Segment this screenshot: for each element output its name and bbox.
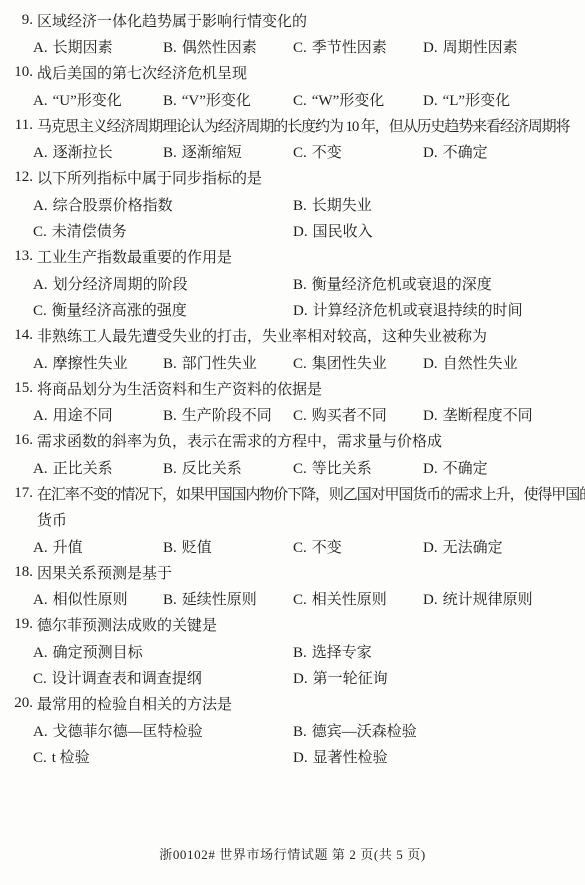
question-stem: 15.将商品划分为生活资料和生产资料的依据是 (8, 375, 579, 401)
question-text: 因果关系预测是基于 (37, 562, 172, 583)
options-row: C.衡量经济高涨的强度 D.计算经济危机或衰退持续的时间 (8, 296, 579, 322)
option-text: 不确定 (443, 145, 488, 161)
question-20: 20.最常用的检验自相关的方法是 A.戈德菲尔德—匡特检验 B.德宾—沃森检验 … (8, 691, 579, 770)
option-text: “V”形变化 (182, 93, 251, 109)
options-row: A.综合股票价格指数 B.长期失业 (8, 191, 579, 217)
option-text: 德宾—沃森检验 (312, 724, 417, 740)
question-number: 20. (8, 695, 33, 712)
option-label: B. (163, 40, 177, 56)
option-b: B.生产阶段不同 (163, 404, 293, 425)
question-stem: 16.需求函数的斜率为负，表示在需求的方程中，需求量与价格成 (8, 428, 579, 454)
question-number: 14. (8, 327, 33, 344)
question-text: 区域经济一体化趋势属于影响行情变化的 (37, 10, 307, 31)
option-a: A.确定预测目标 (33, 641, 293, 662)
option-a: A.用途不同 (33, 404, 163, 425)
option-text: 升值 (53, 540, 83, 556)
option-text: 购买者不同 (312, 408, 387, 424)
options-row: A.划分经济周期的阶段 B.衡量经济危机或衰退的深度 (8, 270, 579, 296)
question-number: 17. (8, 485, 33, 502)
option-text: 延续性原则 (182, 592, 257, 608)
option-c: C.设计调查表和调查提纲 (33, 667, 293, 688)
question-number: 19. (8, 616, 33, 633)
question-text: 非熟练工人最先遭受失业的打击，失业率相对较高，这种失业被称为 (37, 325, 487, 346)
option-label: B. (163, 356, 177, 372)
options-row: C.t 检验 D.显著性检验 (8, 743, 579, 769)
option-text: 不变 (312, 540, 342, 556)
option-text: “W”形变化 (312, 93, 384, 109)
option-label: A. (33, 461, 48, 477)
option-label: A. (33, 93, 48, 109)
option-label: B. (293, 645, 307, 661)
option-c: C.不变 (293, 141, 423, 162)
question-text: 德尔菲预测法成败的关键是 (37, 614, 217, 635)
option-text: 逐渐缩短 (182, 145, 242, 161)
option-label: D. (293, 224, 308, 240)
option-d: D.显著性检验 (293, 746, 579, 767)
option-text: 相似性原则 (53, 592, 128, 608)
option-label: C. (293, 93, 307, 109)
option-text: 生产阶段不同 (182, 408, 272, 424)
question-text: 马克思主义经济周期理论认为经济周期的长度约为 10 年，但从历史趋势来看经济周期… (37, 115, 569, 136)
option-text: 相关性原则 (312, 592, 387, 608)
option-label: B. (163, 93, 177, 109)
options-row: A.长期因素 B.偶然性因素 C.季节性因素 D.周期性因素 (8, 33, 579, 59)
option-a: A.升值 (33, 536, 163, 557)
option-label: B. (163, 592, 177, 608)
question-text: 最常用的检验自相关的方法是 (37, 693, 232, 714)
question-stem: 20.最常用的检验自相关的方法是 (8, 691, 579, 717)
options-row: A.用途不同 B.生产阶段不同 C.购买者不同 D.垄断程度不同 (8, 401, 579, 427)
question-19: 19.德尔菲预测法成败的关键是 A.确定预测目标 B.选择专家 C.设计调查表和… (8, 612, 579, 691)
option-text: 戈德菲尔德—匡特检验 (53, 724, 203, 740)
option-b: B.选择专家 (293, 641, 579, 662)
option-label: B. (163, 540, 177, 556)
option-label: C. (33, 303, 47, 319)
option-label: C. (293, 408, 307, 424)
option-a: A.长期因素 (33, 36, 163, 57)
option-label: D. (423, 145, 438, 161)
option-b: B.反比关系 (163, 457, 293, 478)
option-d: D.自然性失业 (423, 352, 579, 373)
option-c: C.衡量经济高涨的强度 (33, 299, 293, 320)
option-text: 未清偿债务 (52, 224, 127, 240)
option-text: 显著性检验 (313, 750, 388, 766)
option-label: A. (33, 408, 48, 424)
question-stem: 13.工业生产指数最重要的作用是 (8, 244, 579, 270)
options-row: A.摩擦性失业 B.部门性失业 C.集团性失业 D.自然性失业 (8, 349, 579, 375)
question-15: 15.将商品划分为生活资料和生产资料的依据是 A.用途不同 B.生产阶段不同 C… (8, 375, 579, 428)
option-b: B.长期失业 (293, 194, 579, 215)
question-text: 需求函数的斜率为负，表示在需求的方程中，需求量与价格成 (37, 430, 442, 451)
question-text-continued: 货币 (8, 507, 579, 533)
option-text: 季节性因素 (312, 40, 387, 56)
option-label: C. (33, 224, 47, 240)
option-text: 偶然性因素 (182, 40, 257, 56)
option-a: A.综合股票价格指数 (33, 194, 293, 215)
option-label: D. (423, 408, 438, 424)
option-label: A. (33, 145, 48, 161)
question-16: 16.需求函数的斜率为负，表示在需求的方程中，需求量与价格成 A.正比关系 B.… (8, 428, 579, 481)
option-text: “L”形变化 (443, 93, 510, 109)
options-row: A.戈德菲尔德—匡特检验 B.德宾—沃森检验 (8, 717, 579, 743)
question-number: 15. (8, 380, 33, 397)
option-text: 无法确定 (443, 540, 503, 556)
page-footer: 浙00102# 世界市场行情试题 第 2 页(共 5 页) (0, 844, 585, 863)
option-a: A.正比关系 (33, 457, 163, 478)
question-text: 以下所列指标中属于同步指标的是 (37, 167, 262, 188)
option-label: A. (33, 540, 48, 556)
option-a: A.摩擦性失业 (33, 352, 163, 373)
option-c: C.t 检验 (33, 746, 293, 767)
option-b: B.逐渐缩短 (163, 141, 293, 162)
options-row: A.“U”形变化 B.“V”形变化 C.“W”形变化 D.“L”形变化 (8, 86, 579, 112)
question-number: 16. (8, 432, 33, 449)
question-number: 10. (8, 64, 33, 81)
option-text: 不变 (312, 145, 342, 161)
option-label: D. (423, 461, 438, 477)
option-a: A.“U”形变化 (33, 89, 163, 110)
option-label: B. (163, 145, 177, 161)
question-text: 工业生产指数最重要的作用是 (37, 246, 232, 267)
question-number: 18. (8, 564, 33, 581)
option-c: C.等比关系 (293, 457, 423, 478)
option-text: 国民收入 (313, 224, 373, 240)
option-label: C. (293, 145, 307, 161)
exam-page: 9.区域经济一体化趋势属于影响行情变化的 A.长期因素 B.偶然性因素 C.季节… (0, 0, 585, 885)
option-label: D. (293, 303, 308, 319)
options-row: A.正比关系 B.反比关系 C.等比关系 D.不确定 (8, 454, 579, 480)
option-a: A.逐渐拉长 (33, 141, 163, 162)
option-c: C.未清偿债务 (33, 220, 293, 241)
question-10: 10.战后美国的第七次经济危机呈现 A.“U”形变化 B.“V”形变化 C.“W… (8, 60, 579, 113)
question-text: 战后美国的第七次经济危机呈现 (37, 62, 247, 83)
option-text: 集团性失业 (312, 356, 387, 372)
option-d: D.不确定 (423, 457, 579, 478)
options-row: C.设计调查表和调查提纲 D.第一轮征询 (8, 664, 579, 690)
option-d: D.垄断程度不同 (423, 404, 579, 425)
option-a: A.划分经济周期的阶段 (33, 273, 293, 294)
option-d: D.统计规律原则 (423, 588, 579, 609)
question-stem: 9.区域经济一体化趋势属于影响行情变化的 (8, 7, 579, 33)
option-d: D.第一轮征询 (293, 667, 579, 688)
option-text: 划分经济周期的阶段 (53, 277, 188, 293)
question-stem: 10.战后美国的第七次经济危机呈现 (8, 60, 579, 86)
question-stem: 19.德尔菲预测法成败的关键是 (8, 612, 579, 638)
option-b: B.衡量经济危机或衰退的深度 (293, 273, 579, 294)
question-text: 将商品划分为生活资料和生产资料的依据是 (37, 378, 322, 399)
option-d: D.“L”形变化 (423, 89, 579, 110)
option-d: D.国民收入 (293, 220, 579, 241)
question-14: 14.非熟练工人最先遭受失业的打击，失业率相对较高，这种失业被称为 A.摩擦性失… (8, 323, 579, 376)
option-c: C.购买者不同 (293, 404, 423, 425)
option-text: 衡量经济高涨的强度 (52, 303, 187, 319)
option-d: D.计算经济危机或衰退持续的时间 (293, 299, 579, 320)
option-text: “U”形变化 (53, 93, 122, 109)
option-label: B. (163, 461, 177, 477)
option-text: 衡量经济危机或衰退的深度 (312, 277, 492, 293)
option-text: 摩擦性失业 (53, 356, 128, 372)
option-label: D. (423, 93, 438, 109)
option-c: C.“W”形变化 (293, 89, 423, 110)
options-row: A.相似性原则 B.延续性原则 C.相关性原则 D.统计规律原则 (8, 586, 579, 612)
option-c: C.相关性原则 (293, 588, 423, 609)
option-text: 统计规律原则 (443, 592, 533, 608)
question-stem: 11.马克思主义经济周期理论认为经济周期的长度约为 10 年，但从历史趋势来看经… (8, 112, 579, 138)
option-b: B.延续性原则 (163, 588, 293, 609)
options-row: A.确定预测目标 B.选择专家 (8, 638, 579, 664)
option-text: 长期因素 (53, 40, 113, 56)
option-label: C. (293, 461, 307, 477)
option-label: A. (33, 40, 48, 56)
option-a: A.相似性原则 (33, 588, 163, 609)
option-text: 确定预测目标 (53, 645, 143, 661)
option-label: C. (33, 750, 47, 766)
option-text: 等比关系 (312, 461, 372, 477)
option-text: 正比关系 (53, 461, 113, 477)
option-text: 垄断程度不同 (443, 408, 533, 424)
question-stem: 14.非熟练工人最先遭受失业的打击，失业率相对较高，这种失业被称为 (8, 323, 579, 349)
question-17: 17.在汇率不变的情况下，如果甲国国内物价下降，则乙国对甲国货币的需求上升，使得… (8, 480, 579, 559)
option-label: A. (33, 592, 48, 608)
option-label: C. (293, 540, 307, 556)
option-label: D. (423, 40, 438, 56)
option-text: t 检验 (52, 750, 90, 766)
option-label: A. (33, 645, 48, 661)
options-row: C.未清偿债务 D.国民收入 (8, 217, 579, 243)
option-b: B.德宾—沃森检验 (293, 720, 579, 741)
question-11: 11.马克思主义经济周期理论认为经济周期的长度约为 10 年，但从历史趋势来看经… (8, 112, 579, 165)
option-label: D. (423, 540, 438, 556)
question-stem: 17.在汇率不变的情况下，如果甲国国内物价下降，则乙国对甲国货币的需求上升，使得… (8, 480, 579, 506)
option-text: 计算经济危机或衰退持续的时间 (313, 303, 523, 319)
option-c: C.季节性因素 (293, 36, 423, 57)
option-label: D. (293, 671, 308, 687)
option-d: D.无法确定 (423, 536, 579, 557)
question-9: 9.区域经济一体化趋势属于影响行情变化的 A.长期因素 B.偶然性因素 C.季节… (8, 7, 579, 60)
question-number: 12. (8, 169, 33, 186)
option-text: 第一轮征询 (313, 671, 388, 687)
option-label: A. (33, 724, 48, 740)
option-b: B.偶然性因素 (163, 36, 293, 57)
option-text: 反比关系 (182, 461, 242, 477)
option-label: C. (33, 671, 47, 687)
option-d: D.不确定 (423, 141, 579, 162)
option-text: 选择专家 (312, 645, 372, 661)
option-label: D. (293, 750, 308, 766)
option-d: D.周期性因素 (423, 36, 579, 57)
option-b: B.“V”形变化 (163, 89, 293, 110)
option-text: 不确定 (443, 461, 488, 477)
option-text: 逐渐拉长 (53, 145, 113, 161)
option-b: B.贬值 (163, 536, 293, 557)
option-c: C.集团性失业 (293, 352, 423, 373)
option-label: B. (293, 277, 307, 293)
option-a: A.戈德菲尔德—匡特检验 (33, 720, 293, 741)
option-label: B. (293, 198, 307, 214)
option-label: C. (293, 592, 307, 608)
option-text: 周期性因素 (443, 40, 518, 56)
question-13: 13.工业生产指数最重要的作用是 A.划分经济周期的阶段 B.衡量经济危机或衰退… (8, 244, 579, 323)
question-stem: 12.以下所列指标中属于同步指标的是 (8, 165, 579, 191)
question-12: 12.以下所列指标中属于同步指标的是 A.综合股票价格指数 B.长期失业 C.未… (8, 165, 579, 244)
option-text: 设计调查表和调查提纲 (52, 671, 202, 687)
option-label: A. (33, 356, 48, 372)
question-number: 9. (8, 12, 33, 29)
option-label: B. (163, 408, 177, 424)
question-number: 13. (8, 248, 33, 265)
option-label: C. (293, 40, 307, 56)
option-b: B.部门性失业 (163, 352, 293, 373)
question-number: 11. (8, 117, 33, 134)
options-row: A.逐渐拉长 B.逐渐缩短 C.不变 D.不确定 (8, 138, 579, 164)
question-text: 在汇率不变的情况下，如果甲国国内物价下降，则乙国对甲国货币的需求上升，使得甲国的 (37, 483, 585, 504)
option-label: D. (423, 356, 438, 372)
question-stem: 18.因果关系预测是基于 (8, 559, 579, 585)
option-text: 长期失业 (312, 198, 372, 214)
option-label: C. (293, 356, 307, 372)
option-text: 贬值 (182, 540, 212, 556)
option-c: C.不变 (293, 536, 423, 557)
option-label: D. (423, 592, 438, 608)
option-label: A. (33, 277, 48, 293)
option-label: A. (33, 198, 48, 214)
option-text: 部门性失业 (182, 356, 257, 372)
option-text: 用途不同 (53, 408, 113, 424)
option-label: B. (293, 724, 307, 740)
option-text: 自然性失业 (443, 356, 518, 372)
options-row: A.升值 B.贬值 C.不变 D.无法确定 (8, 533, 579, 559)
option-text: 综合股票价格指数 (53, 198, 173, 214)
question-18: 18.因果关系预测是基于 A.相似性原则 B.延续性原则 C.相关性原则 D.统… (8, 559, 579, 612)
